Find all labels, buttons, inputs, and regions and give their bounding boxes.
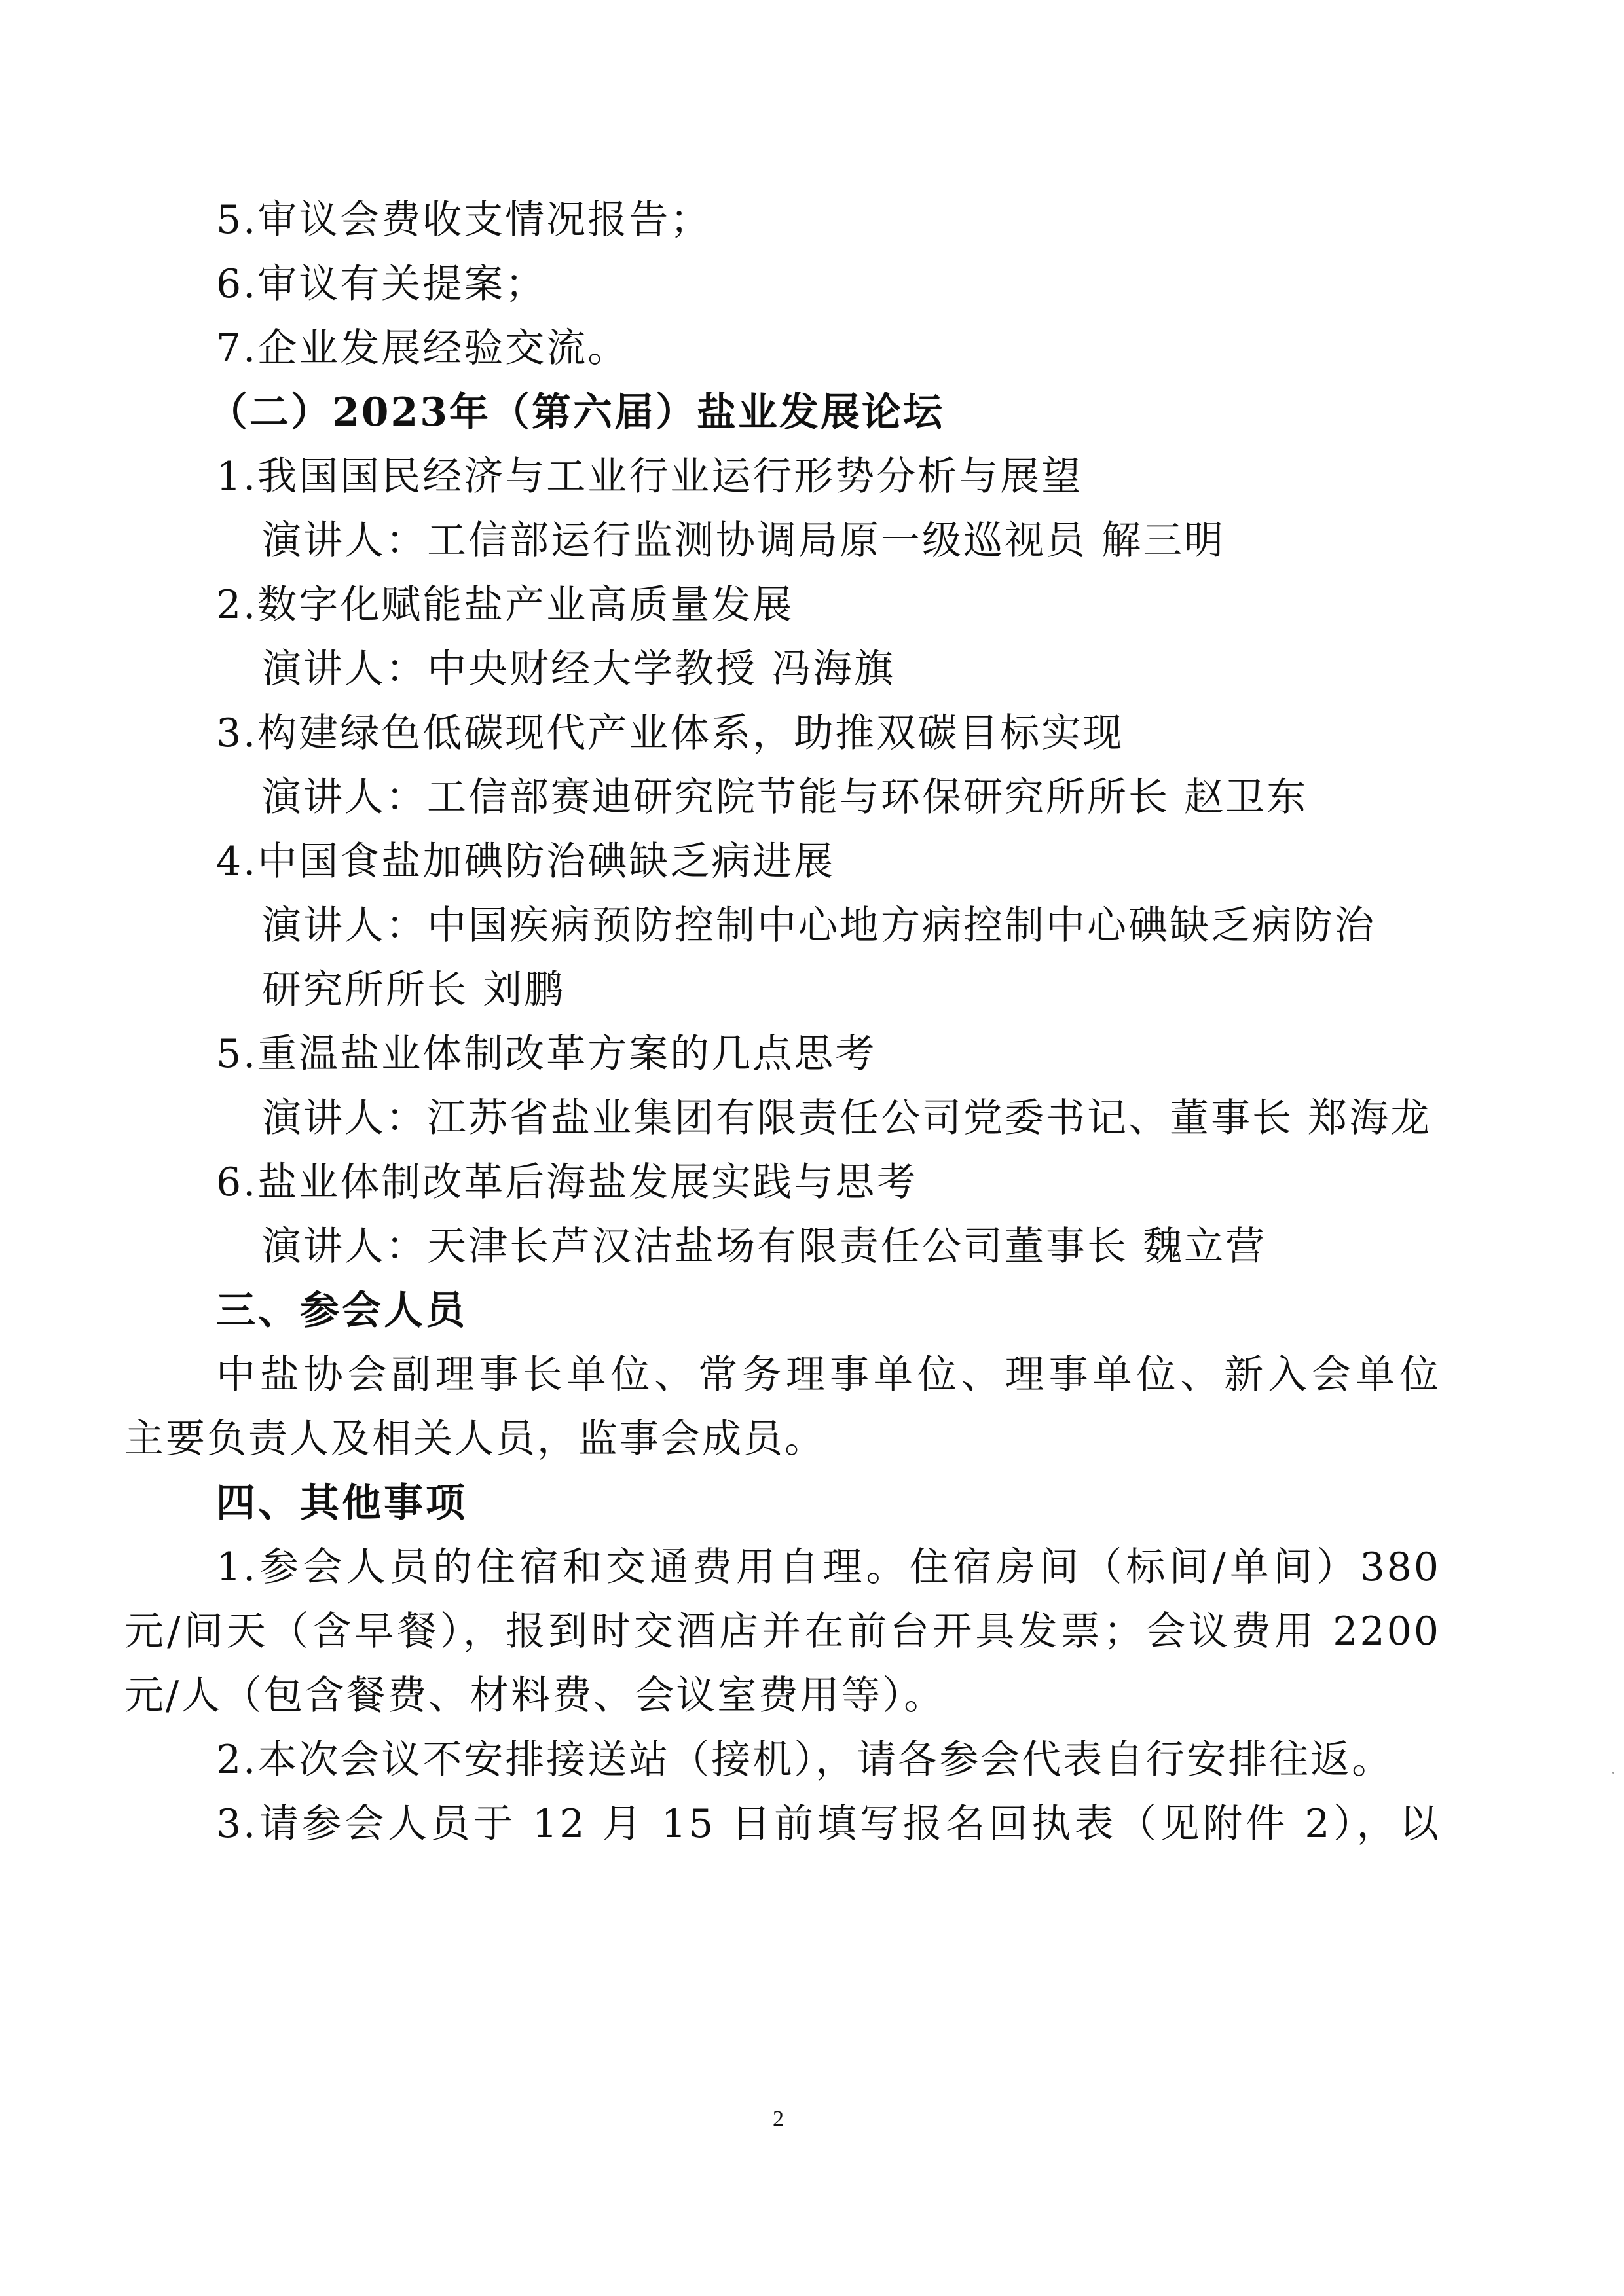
agenda-item-5: 5.审议会费收支情况报告； [216,196,711,244]
talk-6-title: 6.盐业体制改革后海盐发展实践与思考 [216,1159,917,1206]
agenda-item-7: 7.企业发展经验交流。 [216,325,629,372]
section-4-item-1-line-2: 元/间天（含早餐），报到时交酒店并在前台开具发票；会议费用 2200 [124,1608,1441,1655]
talk-4-speaker: 演讲人：中国疾病预防控制中心地方病控制中心碘缺乏病防治 [262,902,1376,949]
section-4-item-3-line-1: 3.请参会人员于 12 月 15 日前填写报名回执表（见附件 2），以 [216,1800,1441,1848]
document-page: 5.审议会费收支情况报告； 6.审议有关提案； 7.企业发展经验交流。 （二）2… [0,0,1624,2296]
section-3-paragraph-line-1: 中盐协会副理事长单位、常务理事单位、理事单位、新入会单位 [216,1351,1441,1398]
talk-5-title: 5.重温盐业体制改革方案的几点思考 [216,1030,876,1078]
section-3-heading: 三、参会人员 [216,1287,468,1334]
talk-3-speaker: 演讲人：工信部赛迪研究院节能与环保研究所所长 赵卫东 [262,774,1308,821]
talk-1-speaker: 演讲人：工信部运行监测协调局原一级巡视员 解三明 [262,517,1225,564]
talk-4-speaker-cont: 研究所所长 刘鹏 [262,966,565,1013]
talk-1-title: 1.我国国民经济与工业行业运行形势分析与展望 [216,453,1082,500]
section-3-paragraph-line-2: 主要负责人及相关人员，监事会成员。 [124,1415,826,1463]
talk-6-speaker: 演讲人：天津长芦汉沽盐场有限责任公司董事长 魏立营 [262,1223,1266,1270]
section-4-item-1-line-1: 1.参会人员的住宿和交通费用自理。住宿房间（标间/单间）380 [216,1544,1441,1591]
section-4-item-1-line-3: 元/人（包含餐费、材料费、会议室费用等）。 [124,1672,945,1719]
scan-speck [1612,1772,1614,1774]
talk-2-title: 2.数字化赋能盐产业高质量发展 [216,581,794,629]
section-4-heading: 四、其他事项 [216,1480,468,1527]
page-number: 2 [773,2107,784,2132]
talk-2-speaker: 演讲人：中央财经大学教授 冯海旗 [262,646,895,693]
forum-heading: （二）2023年（第六届）盐业发展论坛 [208,389,944,436]
talk-5-speaker: 演讲人：江苏省盐业集团有限责任公司党委书记、董事长 郑海龙 [262,1095,1431,1142]
agenda-item-6: 6.审议有关提案； [216,261,546,308]
talk-4-title: 4.中国食盐加碘防治碘缺乏病进展 [216,838,835,885]
talk-3-title: 3.构建绿色低碳现代产业体系，助推双碳目标实现 [216,710,1124,757]
section-4-item-2: 2.本次会议不安排接送站（接机），请各参会代表自行安排往返。 [216,1736,1393,1783]
